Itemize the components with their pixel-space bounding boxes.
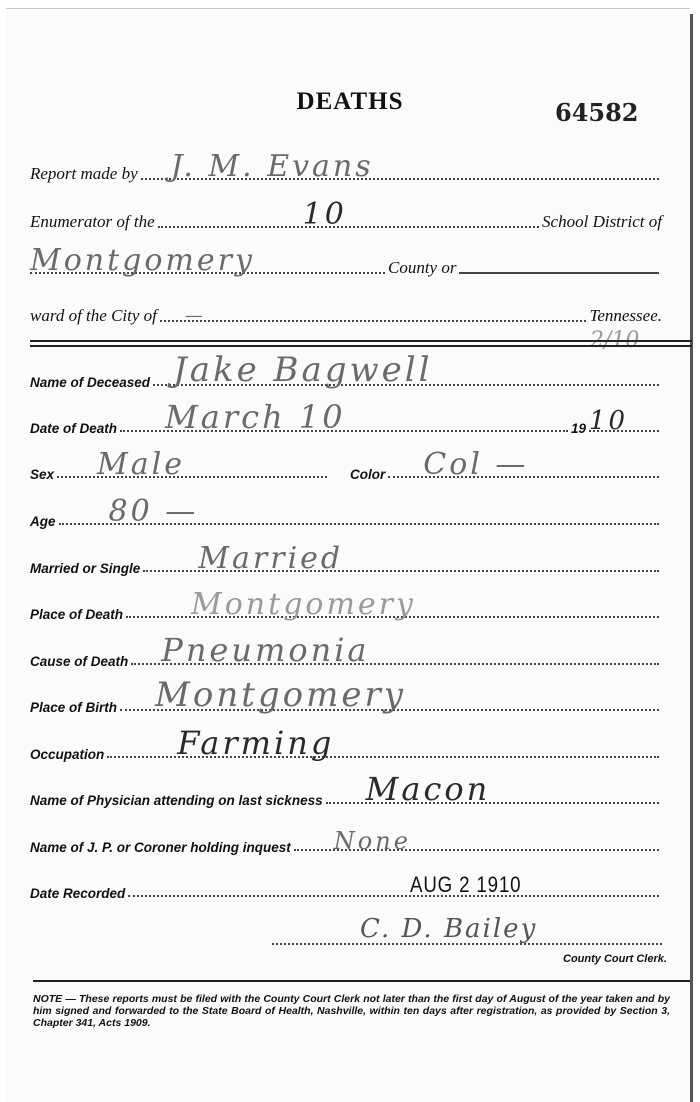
field-label: Name of Deceased [30,375,150,390]
field-label: Place of Birth [30,700,117,715]
married-row: Married or Single Married [30,561,662,576]
deceased-name-value: Jake Bagwell [173,350,432,390]
city-label: ward of the City of [30,306,157,326]
occupation-row: Occupation Farming [30,747,662,762]
school-district-label: School District of [542,212,662,232]
divider [30,345,692,347]
field-label: Place of Death [30,607,123,622]
clerk-signature: C. D. Bailey [360,914,537,944]
marital-value: Married [198,541,343,576]
field-label: Age [30,514,56,529]
enumerator-label: Enumerator of the [30,212,155,232]
place-of-death-row: Place of Death Montgomery [30,607,662,622]
date-recorded-stamp: AUG 2 1910 [410,872,521,898]
field-label: Sex [30,467,54,482]
field-label: Color [350,467,385,482]
physician-row: Name of Physician attending on last sick… [30,793,662,808]
field-label: Cause of Death [30,654,128,669]
sex-color-row: Sex Male Color Col — [30,467,662,482]
coroner-row: Name of J. P. or Coroner holding inquest… [30,840,662,855]
page-edge [690,14,693,1102]
coroner-value: None [334,827,411,855]
field-label: Name of Physician attending on last sick… [30,793,323,808]
city-value: — [185,305,206,326]
age-value: 80 — [109,494,199,529]
place-of-birth-value: Montgomery [155,675,406,715]
county-label: County or [388,258,456,278]
footnote: NOTE — These reports must be filed with … [33,993,670,1029]
date-of-death-row: Date of Death March 10 19 10 [30,421,662,436]
cause-of-death-value: Pneumonia [161,631,369,669]
field-label: Occupation [30,747,104,762]
divider [30,340,692,342]
cause-of-death-row: Cause of Death Pneumonia [30,654,662,669]
death-year-value: 10 [589,406,628,436]
county-value: Montgomery [30,243,255,278]
sex-value: Male [97,447,185,482]
serial-number: 64582 [555,98,639,127]
state-label: Tennessee. [589,306,662,326]
report-made-by-row: Report made by J. M. Evans [30,164,662,184]
occupation-value: Farming [177,724,334,762]
signature-line [272,943,662,945]
name-of-deceased-row: Name of Deceased Jake Bagwell [30,375,662,390]
year-prefix: 19 [571,421,586,436]
physician-value: Macon [366,770,491,808]
report-made-by-label: Report made by [30,164,138,184]
divider [33,980,690,982]
field-label: Married or Single [30,561,140,576]
district-value: 10 [303,197,347,232]
place-of-death-value: Montgomery [191,587,416,622]
county-row: Montgomery County or [30,258,662,278]
death-date-value: March 10 [165,398,346,436]
age-row: Age 80 — [30,514,662,529]
date-recorded-row: Date Recorded [30,886,662,901]
clerk-label: County Court Clerk. [563,953,667,965]
place-of-birth-row: Place of Birth Montgomery [30,700,662,715]
color-value: Col — [423,447,528,482]
field-label: Date Recorded [30,886,125,901]
report-made-by-value: J. M. Evans [171,149,374,184]
field-label: Name of J. P. or Coroner holding inquest [30,840,291,855]
city-row: ward of the City of — Tennessee. [30,306,662,326]
field-label: Date of Death [30,421,117,436]
enumerator-row: Enumerator of the 10 School District of [30,212,662,232]
